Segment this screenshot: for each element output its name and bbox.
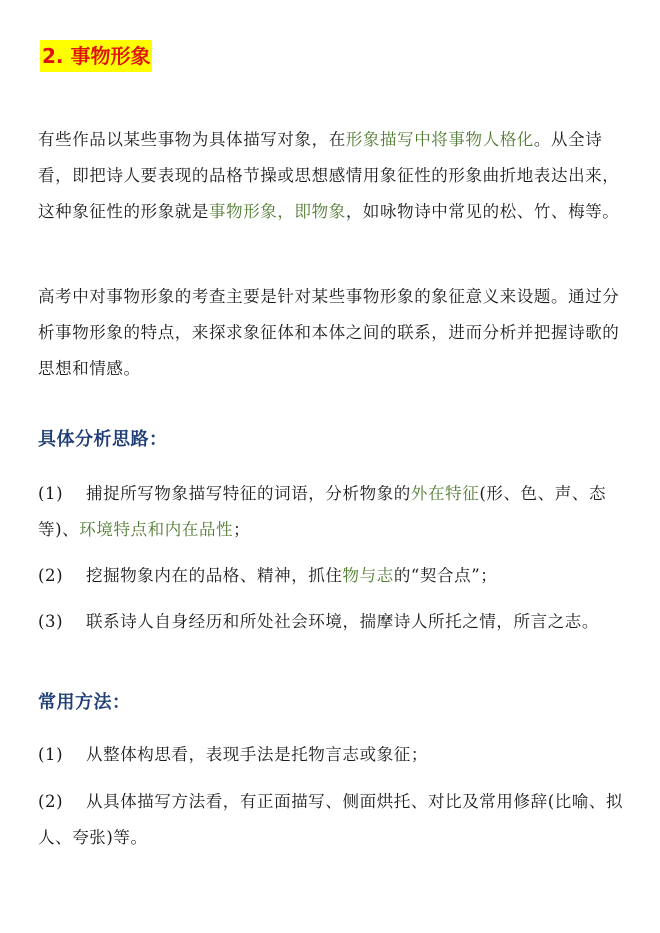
text-segment: 捕捉所写物象描写特征的词语，分析物象的 [86,484,411,503]
emphasis-text: 外在特征 [411,484,479,503]
emphasis-text: 物与志 [343,566,394,585]
text-segment: 有些作品以某些事物为具体描写对象，在 [38,130,346,149]
methods-heading: 常用方法： [38,688,131,718]
item-number: (2) [38,558,86,594]
method-item-2: (2)从具体描写方法看，有正面描写、侧面烘托、对比及常用修辞(比喻、拟人、夸张)… [38,784,630,856]
text-segment: 从整体构思看，表现手法是托物言志或象征； [86,745,428,764]
section-title: 2. 事物形象 [40,40,152,72]
text-segment: ，如咏物诗中常见的松、竹、梅等。 [346,202,620,221]
text-segment: 挖掘物象内在的品格、精神，抓住 [86,566,343,585]
method-item-1: (1)从整体构思看，表现手法是托物言志或象征； [38,737,630,773]
emphasis-text: 事物形象，即物象 [209,202,346,221]
emphasis-text: 形象描写中将事物人格化 [346,130,534,149]
analysis-item-3: (3)联系诗人自身经历和所处社会环境，揣摩诗人所托之情，所言之志。 [38,604,630,640]
item-number: (1) [38,737,86,773]
text-segment: 联系诗人自身经历和所处社会环境，揣摩诗人所托之情，所言之志。 [86,612,599,631]
intro-paragraph-2: 高考中对事物形象的考查主要是针对某些事物形象的象征意义来设题。通过分析事物形象的… [38,279,628,387]
text-segment: ； [233,520,250,539]
item-number: (1) [38,476,86,512]
analysis-heading: 具体分析思路： [38,425,168,455]
analysis-item-2: (2)挖掘物象内在的品格、精神，抓住物与志的“契合点”； [38,558,630,594]
item-number: (2) [38,784,86,820]
item-number: (3) [38,604,86,640]
intro-paragraph-1: 有些作品以某些事物为具体描写对象，在形象描写中将事物人格化。从全诗看，即把诗人要… [38,122,628,230]
text-segment: 从具体描写方法看，有正面描写、侧面烘托、对比及常用修辞(比喻、拟人、夸张)等。 [38,792,623,847]
emphasis-text: 环境特点和内在品性 [79,520,233,539]
text-segment: 的“契合点”； [394,566,498,585]
analysis-item-1: (1)捕捉所写物象描写特征的词语，分析物象的外在特征(形、色、声、态等)、环境特… [38,476,630,548]
